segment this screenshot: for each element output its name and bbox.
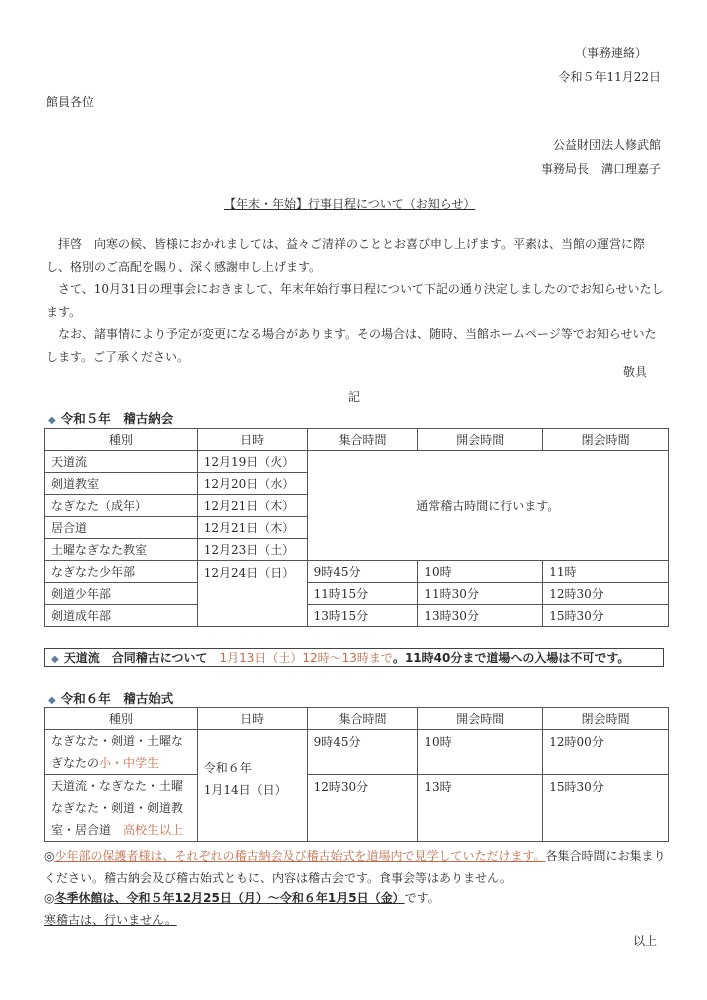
table-row: 天道流 12月19日（火） 通常稽古時間に行います。 xyxy=(45,451,669,473)
cell-gather: 9時45分 xyxy=(307,730,418,775)
table-row: なぎなた・剣道・土曜なぎなたの小・中学生 令和６年1月14日（日） 9時45分 … xyxy=(45,730,669,775)
table-header: 種別 日時 集合時間 開会時間 閉会時間 xyxy=(45,429,669,451)
paragraph-3: なお、諸事情により予定が変更になる場合があります。その場合は、随時、当館ホームペ… xyxy=(46,323,666,368)
cell-open: 13時30分 xyxy=(418,605,543,627)
cell-type: 剣道成年部 xyxy=(45,605,198,627)
col-header: 開会時間 xyxy=(418,429,543,451)
table-row: 天道流・なぎなた・土曜なぎなた・剣道・剣道教室・居合道 高校生以上 12時30分… xyxy=(45,775,669,842)
cell-gather: 9時45分 xyxy=(307,561,418,583)
merged-note: 通常稽古時間に行います。 xyxy=(307,451,668,561)
bullet-icon: ◆ xyxy=(51,654,59,665)
tendoryu-notice: ◆天道流 合同稽古について 1月13日（土）12時～13時まで。11時40分まで… xyxy=(44,648,664,667)
cell-open: 11時30分 xyxy=(418,583,543,605)
bullet-icon: ◆ xyxy=(48,415,56,426)
cell-gather: 11時15分 xyxy=(307,583,418,605)
note-3: 寒稽古は、行いません。 xyxy=(44,911,177,928)
org-name: 公益財団法人修武館 xyxy=(553,136,661,153)
cell-date: 令和６年1月14日（日） xyxy=(197,730,307,842)
doc-date: 令和５年11月22日 xyxy=(558,68,661,85)
col-header: 種別 xyxy=(45,429,198,451)
cell-date: 12月21日（木） xyxy=(197,517,307,539)
table-row: なぎなた少年部 12月24日（日） 9時45分 10時 11時 xyxy=(45,561,669,583)
closing: 敬具 xyxy=(623,363,647,380)
cell-date: 12月23日（土） xyxy=(197,539,307,561)
table-nokai: 種別 日時 集合時間 開会時間 閉会時間 天道流 12月19日（火） 通常稽古時… xyxy=(44,428,669,627)
cell-open: 13時 xyxy=(418,775,543,842)
paragraph-1: 拝啓 向寒の候、皆様におかれましては、益々ご清祥のこととお喜び申し上げます。平素… xyxy=(46,233,666,278)
cell-type: 土曜なぎなた教室 xyxy=(45,539,198,561)
cell-date: 12月24日（日） xyxy=(197,561,307,627)
col-header: 閉会時間 xyxy=(543,708,669,730)
cell-open: 10時 xyxy=(418,730,543,775)
col-header: 閉会時間 xyxy=(543,429,669,451)
body-text: 拝啓 向寒の候、皆様におかれましては、益々ご清祥のこととお喜び申し上げます。平素… xyxy=(46,233,666,368)
cell-type: なぎなた少年部 xyxy=(45,561,198,583)
cell-type: 天道流・なぎなた・土曜なぎなた・剣道・剣道教室・居合道 高校生以上 xyxy=(45,775,198,842)
cell-open: 10時 xyxy=(418,561,543,583)
note-1: ◎少年部の保護者様は、それぞれの稽古納会及び稽古始式を道場内で見学していただけま… xyxy=(44,845,666,889)
paragraph-2: さて、10月31日の理事会におきまして、年末年始行事日程について下記の通り決定し… xyxy=(46,278,666,323)
note-2: ◎冬季休館は、令和５年12月25日（月）～令和６年1月5日（金）です。 xyxy=(44,889,440,906)
col-header: 日時 xyxy=(197,429,307,451)
cell-gather: 12時30分 xyxy=(307,775,418,842)
cell-close: 12時30分 xyxy=(543,583,669,605)
cell-type: 居合道 xyxy=(45,517,198,539)
col-header: 集合時間 xyxy=(307,708,418,730)
table-row: 剣道少年部 11時15分 11時30分 12時30分 xyxy=(45,583,669,605)
cell-date: 12月19日（火） xyxy=(197,451,307,473)
bullet-icon: ◆ xyxy=(48,695,56,706)
end-mark: 以上 xyxy=(633,932,657,949)
cell-close: 12時00分 xyxy=(543,730,669,775)
table-header: 種別 日時 集合時間 開会時間 閉会時間 xyxy=(45,708,669,730)
cell-type: 剣道教室 xyxy=(45,473,198,495)
cell-type: なぎなた（成年） xyxy=(45,495,198,517)
section1-heading: ◆令和５年 稽古納会 xyxy=(48,409,173,427)
table-hajimeshiki: 種別 日時 集合時間 開会時間 閉会時間 なぎなた・剣道・土曜なぎなたの小・中学… xyxy=(44,707,669,842)
col-header: 種別 xyxy=(45,708,198,730)
table-row: 剣道成年部 13時15分 13時30分 15時30分 xyxy=(45,605,669,627)
cell-date: 12月21日（木） xyxy=(197,495,307,517)
col-header: 集合時間 xyxy=(307,429,418,451)
cell-date: 12月20日（水） xyxy=(197,473,307,495)
col-header: 日時 xyxy=(197,708,307,730)
cell-close: 15時30分 xyxy=(543,605,669,627)
cell-close: 15時30分 xyxy=(543,775,669,842)
ki-mark: 記 xyxy=(348,388,360,405)
col-header: 開会時間 xyxy=(418,708,543,730)
cell-type: 剣道少年部 xyxy=(45,583,198,605)
cell-type: 天道流 xyxy=(45,451,198,473)
doc-title: 【年末・年始】行事日程について（お知らせ） xyxy=(224,195,475,212)
cell-type: なぎなた・剣道・土曜なぎなたの小・中学生 xyxy=(45,730,198,775)
cell-close: 11時 xyxy=(543,561,669,583)
sender: 事務局長 溝口理嘉子 xyxy=(541,160,661,177)
addressee: 館員各位 xyxy=(46,93,94,110)
doc-type: （事務連絡） xyxy=(575,44,647,61)
section2-heading: ◆令和６年 稽古始式 xyxy=(48,689,173,707)
cell-gather: 13時15分 xyxy=(307,605,418,627)
